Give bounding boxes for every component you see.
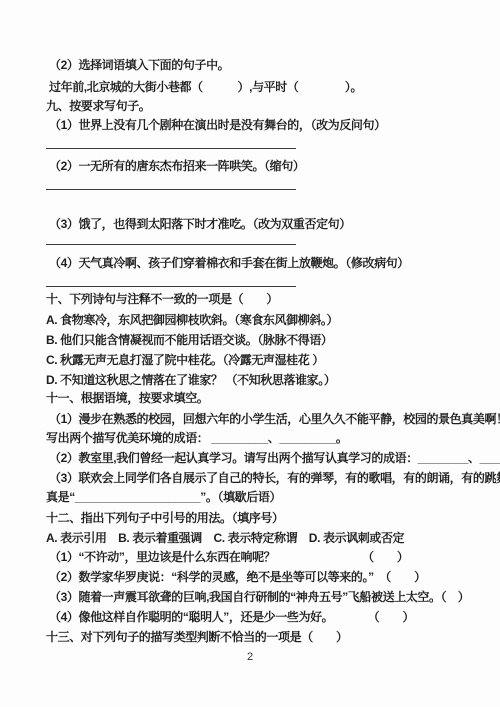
section-10-option-a: A. 食物寒冷，东风把御园柳枝吹斜。（寒食东风御柳斜。） <box>46 312 338 329</box>
intro-prompt: （2）选择词语填入下面的句子中。 <box>49 57 229 74</box>
answer-blank-line-3 <box>46 244 296 245</box>
intro-sentence: 过年前,北京城的大街小巷都（ ）,与平时（ ）。 <box>49 79 362 96</box>
section-13-heading: 十三、对下列句子的描写类型判断不恰当的一项是（ ） <box>46 629 348 646</box>
section-11-q1-line1: （1）漫步在熟悉的校园，回想六年的小学生活，心里久久不能平静，校园的景色真美啊！… <box>49 411 500 428</box>
section-10-heading: 十、下列诗句与注释不一致的一项是（ ） <box>46 291 278 308</box>
section-12-q4: （4）像他这样自作聪明的“聪明人”，还是少一些为好。 （ ） <box>49 609 414 626</box>
section-9-heading: 九、按要求写句子。 <box>46 98 150 115</box>
section-10-option-d: D. 不知道这秋思之情落在了谁家？ （不知秋思落谁家。） <box>46 372 335 389</box>
section-9-q2: （2）一无所有的唐东杰布招来一阵哄笑。（缩句） <box>49 158 304 175</box>
answer-blank-line-2 <box>46 189 296 190</box>
section-10-option-c: C. 秋露无声无息打湿了院中桂花。（冷露无声湿桂花 ） <box>46 352 324 369</box>
section-12-options: A. 表示引用 B. 表示着重强调 C. 表示特定称谓 D. 表示讽刺或否定 <box>46 530 404 547</box>
section-11-q1-line2: 写出两个描写优美环境的成语： _________、_________。 <box>46 430 347 447</box>
section-12-heading: 十二、指出下列句子中引号的用法。（填序号） <box>46 510 284 527</box>
section-11-heading: 十一、根据语境，按要求填空。 <box>46 390 208 407</box>
section-9-q3: （3）饿了，也得到太阳落下时才准吃。（改为双重否定句） <box>49 216 351 233</box>
section-11-q3-line2: 真是“____________________”。（填歇后语） <box>46 489 281 506</box>
worksheet-page: （2）选择词语填入下面的句子中。 过年前,北京城的大街小巷都（ ）,与平时（ ）… <box>0 0 500 707</box>
section-12-q3: （3）随着一声震耳欲聋的巨响,我国自行研制的“神舟五号”飞船被送上太空。（ ） <box>49 589 469 606</box>
section-11-q3-line1: （3）联欢会上同学们各自展示了自己的特长，有的弹琴，有的歌唱，有的朗诵，有的跳舞… <box>49 470 500 487</box>
answer-blank-line-1 <box>46 148 296 149</box>
section-10-option-b: B. 他们只能含情凝视而不能用话语交谈。（脉脉不得语） <box>46 332 333 349</box>
answer-blank-line-4 <box>46 286 296 287</box>
section-9-q4: （4）天气真冷啊、孩子们穿着棉衣和手套在街上放鞭炮。（修改病句） <box>49 255 409 272</box>
section-12-q1: （1）“不许动”，里边该是什么东西在响呢？ （ ） <box>49 549 408 566</box>
section-9-q1: （1）世界上没有几个剧种在演出时是没有舞台的，（改为反问句） <box>49 117 386 134</box>
page-number: 2 <box>0 651 500 663</box>
section-11-q2: （2）教室里,我们曾经一起认真学习。请写出两个描写认真学习的成语：_______… <box>49 450 500 467</box>
section-12-q2: （2）数学家华罗庚说：“科学的灵感，绝不是坐等可以等来的。” （ ） <box>49 569 426 586</box>
